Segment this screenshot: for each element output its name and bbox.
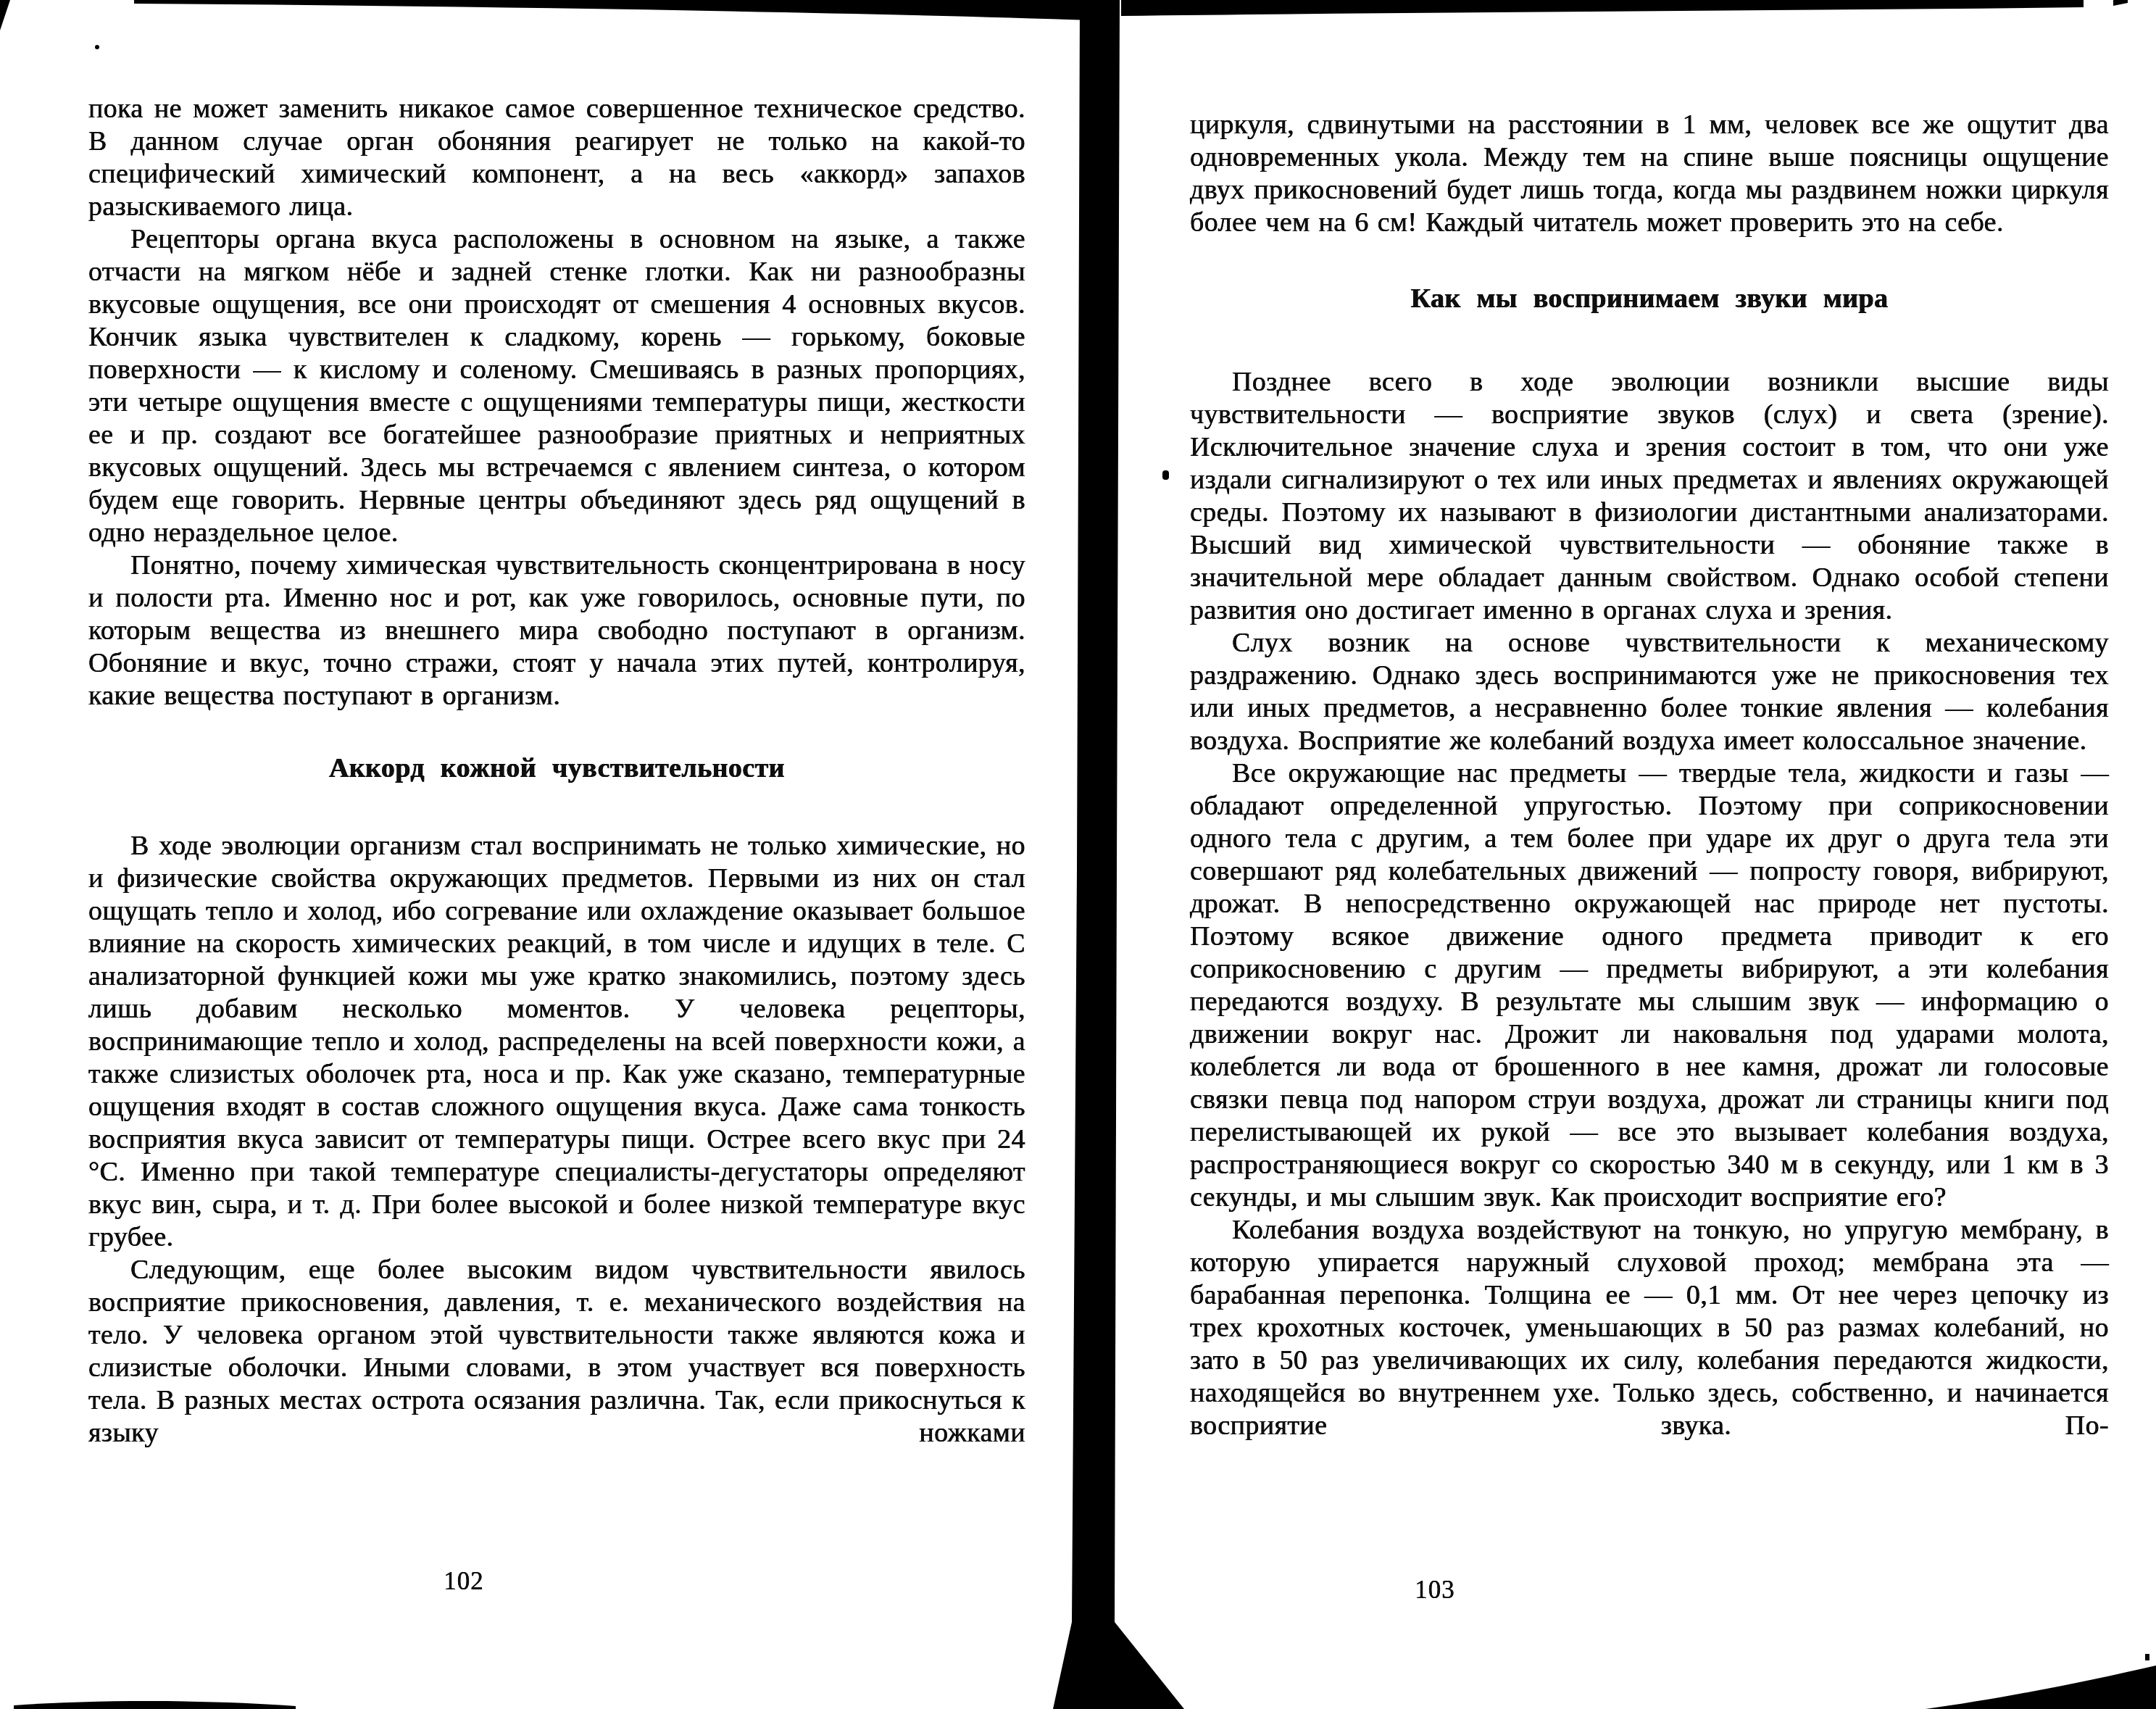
scan-speck-bottom-right-3	[2136, 1697, 2144, 1705]
paragraph-right-3: Слух возник на основе чувствительности к…	[1190, 627, 2109, 757]
paragraph-left-4: В ходе эволюции организм стал воспринима…	[88, 830, 1025, 1254]
scan-speck-left-top	[95, 45, 99, 49]
scan-top-shadow-right	[1121, 0, 2084, 16]
paragraph-left-5: Следующим, еще более высоким видом чувст…	[88, 1254, 1025, 1450]
paragraph-right-4: Все окружающие нас предметы — твердые те…	[1190, 757, 2109, 1214]
paragraph-right-1: циркуля, сдвинутыми на расстоянии в 1 мм…	[1190, 109, 2109, 239]
page-number-left: 102	[417, 1567, 511, 1596]
section-heading-skin-sense: Аккорд кожной чувствительности	[88, 752, 1025, 785]
page-number-right: 103	[1388, 1576, 1482, 1605]
book-spread: пока не может заменить никакое самое сов…	[0, 0, 2156, 1709]
paragraph-left-3: Понятно, почему химическая чувствительно…	[88, 549, 1025, 712]
paragraph-right-5: Колебания воздуха воздействуют на тонкую…	[1190, 1214, 2109, 1442]
scan-bottom-right-shadow	[1926, 1666, 2156, 1709]
scan-speck-bottom-right-2	[2145, 1654, 2149, 1660]
scan-corner-top-left-shadow	[0, 0, 10, 30]
scan-speck-top-right	[2113, 0, 2128, 6]
paragraph-left-2: Рецепторы органа вкуса расположены в осн…	[88, 223, 1025, 549]
paragraph-right-2: Позднее всего в ходе эволюции возникли в…	[1190, 366, 2109, 627]
page-right: циркуля, сдвинутыми на расстоянии в 1 мм…	[1190, 109, 2109, 1442]
scan-speck-bottom-right-1	[2131, 1674, 2136, 1684]
page-left: пока не может заменить никакое самое сов…	[88, 93, 1025, 1450]
paragraph-left-1: пока не может заменить никакое самое сов…	[88, 93, 1025, 223]
scan-top-shadow-left	[134, 0, 1094, 20]
scan-bottom-left-shadow	[14, 1701, 296, 1709]
scan-speck-margin	[1162, 470, 1169, 480]
section-heading-sound-perception: Как мы воспринимаем звуки мира	[1190, 283, 2109, 315]
scan-gutter-shadow	[1053, 0, 1184, 1709]
